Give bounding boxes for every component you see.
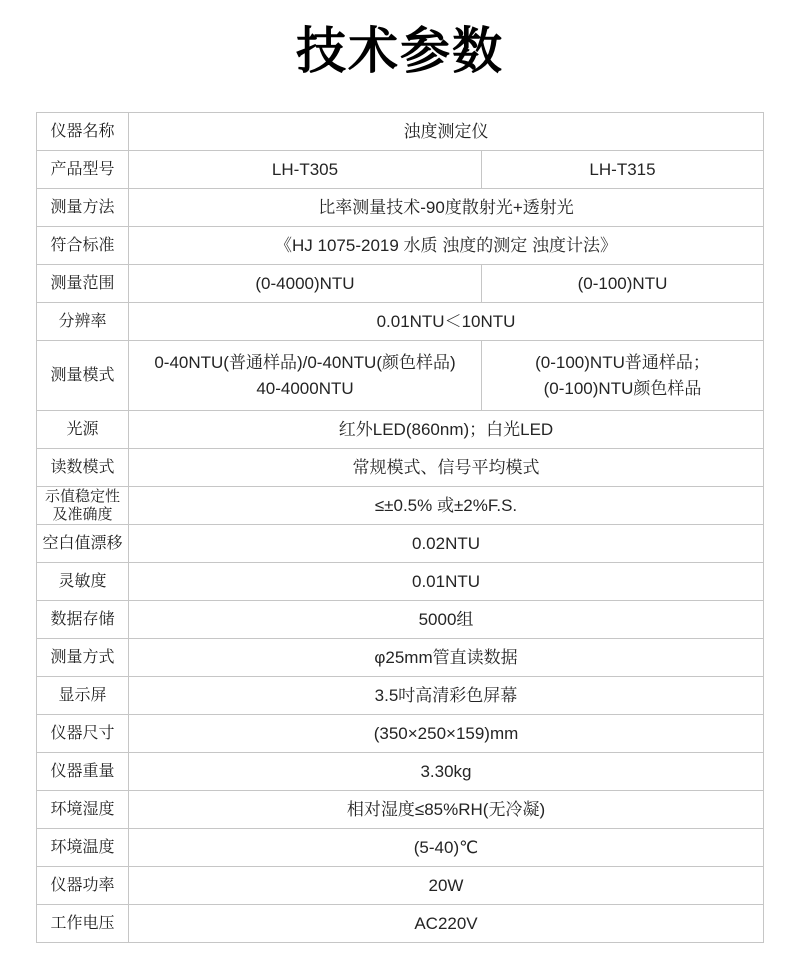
table-row: 仪器功率 20W bbox=[37, 867, 764, 905]
table-row: 示值稳定性 及准确度 ≤±0.5% 或±2%F.S. bbox=[37, 487, 764, 525]
table-row: 测量范围 (0-4000)NTU (0-100)NTU bbox=[37, 265, 764, 303]
spec-value-cell: 0-40NTU(普通样品)/0-40NTU(颜色样品) 40-4000NTU bbox=[129, 341, 482, 411]
page-title: 技术参数 bbox=[0, 0, 800, 86]
spec-label-cell: 测量方式 bbox=[37, 639, 129, 677]
table-row: 灵敏度 0.01NTU bbox=[37, 563, 764, 601]
spec-label-cell: 测量方法 bbox=[37, 189, 129, 227]
spec-label-cell: 仪器功率 bbox=[37, 867, 129, 905]
spec-value-cell: (0-4000)NTU bbox=[129, 265, 482, 303]
spec-label-cell: 仪器重量 bbox=[37, 753, 129, 791]
spec-label-cell: 仪器名称 bbox=[37, 113, 129, 151]
spec-label-cell: 灵敏度 bbox=[37, 563, 129, 601]
spec-label-cell: 读数模式 bbox=[37, 449, 129, 487]
spec-value-cell: 常规模式、信号平均模式 bbox=[129, 449, 764, 487]
table-row: 读数模式 常规模式、信号平均模式 bbox=[37, 449, 764, 487]
spec-value-cell: LH-T315 bbox=[482, 151, 764, 189]
spec-value-cell: ≤±0.5% 或±2%F.S. bbox=[129, 487, 764, 525]
spec-value-cell: 20W bbox=[129, 867, 764, 905]
spec-label-cell: 数据存储 bbox=[37, 601, 129, 639]
table-row: 仪器名称 浊度测定仪 bbox=[37, 113, 764, 151]
spec-label-cell: 仪器尺寸 bbox=[37, 715, 129, 753]
table-row: 数据存储 5000组 bbox=[37, 601, 764, 639]
table-row: 测量方式 φ25mm管直读数据 bbox=[37, 639, 764, 677]
table-row: 符合标准 《HJ 1075-2019 水质 浊度的测定 浊度计法》 bbox=[37, 227, 764, 265]
table-row: 产品型号 LH-T305 LH-T315 bbox=[37, 151, 764, 189]
spec-value-cell: 0.02NTU bbox=[129, 525, 764, 563]
spec-label-cell: 光源 bbox=[37, 411, 129, 449]
spec-value-cell: φ25mm管直读数据 bbox=[129, 639, 764, 677]
spec-value-cell: 0.01NTU bbox=[129, 563, 764, 601]
spec-label-cell: 分辨率 bbox=[37, 303, 129, 341]
table-row: 工作电压 AC220V bbox=[37, 905, 764, 943]
table-row: 仪器重量 3.30kg bbox=[37, 753, 764, 791]
spec-label-cell: 测量模式 bbox=[37, 341, 129, 411]
spec-label-cell: 空白值漂移 bbox=[37, 525, 129, 563]
table-row: 显示屏 3.5吋高清彩色屏幕 bbox=[37, 677, 764, 715]
spec-label-cell: 产品型号 bbox=[37, 151, 129, 189]
spec-label-cell: 符合标准 bbox=[37, 227, 129, 265]
spec-label-cell: 环境温度 bbox=[37, 829, 129, 867]
spec-label-cell: 环境湿度 bbox=[37, 791, 129, 829]
spec-value-cell: (0-100)NTU普通样品； (0-100)NTU颜色样品 bbox=[482, 341, 764, 411]
spec-value-cell: 《HJ 1075-2019 水质 浊度的测定 浊度计法》 bbox=[129, 227, 764, 265]
spec-value-cell: 比率测量技术-90度散射光+透射光 bbox=[129, 189, 764, 227]
table-row: 测量模式 0-40NTU(普通样品)/0-40NTU(颜色样品) 40-4000… bbox=[37, 341, 764, 411]
spec-value-cell: (0-100)NTU bbox=[482, 265, 764, 303]
spec-value-cell: LH-T305 bbox=[129, 151, 482, 189]
spec-label-cell: 工作电压 bbox=[37, 905, 129, 943]
spec-value-cell: (5-40)℃ bbox=[129, 829, 764, 867]
spec-value-cell: 3.30kg bbox=[129, 753, 764, 791]
table-row: 光源 红外LED(860nm)；白光LED bbox=[37, 411, 764, 449]
spec-value-cell: 浊度测定仪 bbox=[129, 113, 764, 151]
spec-value-cell: (350×250×159)mm bbox=[129, 715, 764, 753]
spec-label-cell: 测量范围 bbox=[37, 265, 129, 303]
table-row: 仪器尺寸 (350×250×159)mm bbox=[37, 715, 764, 753]
spec-value-cell: 相对湿度≤85%RH(无冷凝) bbox=[129, 791, 764, 829]
table-row: 测量方法 比率测量技术-90度散射光+透射光 bbox=[37, 189, 764, 227]
spec-value-cell: 5000组 bbox=[129, 601, 764, 639]
spec-value-cell: 0.01NTU＜10NTU bbox=[129, 303, 764, 341]
spec-table-body: 仪器名称 浊度测定仪 产品型号 LH-T305 LH-T315 测量方法 比率测… bbox=[37, 113, 764, 943]
spec-table: 仪器名称 浊度测定仪 产品型号 LH-T305 LH-T315 测量方法 比率测… bbox=[36, 112, 764, 943]
table-row: 环境温度 (5-40)℃ bbox=[37, 829, 764, 867]
table-row: 分辨率 0.01NTU＜10NTU bbox=[37, 303, 764, 341]
spec-value-cell: 3.5吋高清彩色屏幕 bbox=[129, 677, 764, 715]
spec-value-cell: AC220V bbox=[129, 905, 764, 943]
spec-label-cell: 示值稳定性 及准确度 bbox=[37, 487, 129, 525]
table-row: 环境湿度 相对湿度≤85%RH(无冷凝) bbox=[37, 791, 764, 829]
spec-label-cell: 显示屏 bbox=[37, 677, 129, 715]
spec-value-cell: 红外LED(860nm)；白光LED bbox=[129, 411, 764, 449]
page-root: { "page": { "title": "技术参数" }, "colors":… bbox=[0, 0, 800, 975]
table-row: 空白值漂移 0.02NTU bbox=[37, 525, 764, 563]
